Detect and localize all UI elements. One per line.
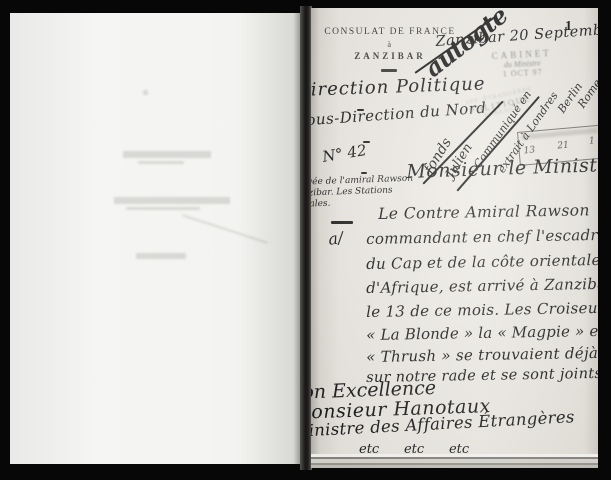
letterhead-ornament [381,69,397,72]
page-number: 1 [565,19,572,35]
registry-value-2: 21 [557,141,569,152]
body-line: Le Contre Amiral Rawson [378,201,590,223]
margin-note-line3: navales. [311,199,331,210]
registry-value-3: 1 [589,136,596,146]
showthrough-line [126,207,200,210]
left-blank-page [10,13,302,464]
showthrough-line [114,197,230,204]
dash-mark [361,172,367,174]
showthrough-line [136,253,186,259]
body-line: d'Afrique, est arrivé à Zanzibar [366,275,598,297]
body-line: du Cap et de la côte orientale [366,251,598,273]
sheet-edge [311,465,598,468]
dateline: Zanzibar 20 Septembre 1897 [435,18,598,50]
showthrough-line [138,161,184,164]
direction-politique: Direction Politique [311,73,486,101]
showthrough-dot [143,90,148,95]
margin-note-line2: Zanzibar. Les Stations [311,185,393,199]
letter-page: CONSULAT DE FRANCE à ZANZIBAR autogte Za… [311,8,598,468]
scanned-letter-spread: CONSULAT DE FRANCE à ZANZIBAR autogte Za… [0,0,611,480]
body-line: commandant en chef l'escadre [366,226,598,248]
showthrough-smudge [182,214,268,244]
body-line: « Thrush » se trouvaient déjà [366,344,598,366]
body-line: « La Blonde » la « Magpie » et le [366,322,598,344]
numero: N° 42 [321,141,368,166]
showthrough-line [123,151,211,158]
margin-mark: a/ [327,228,344,249]
body-line: le 13 de ce mois. Les Croiseurs [366,299,598,321]
margin-underline [331,221,353,224]
cabinet-stamp: CABINET du Ministre 1 OCT 97 [474,47,570,80]
